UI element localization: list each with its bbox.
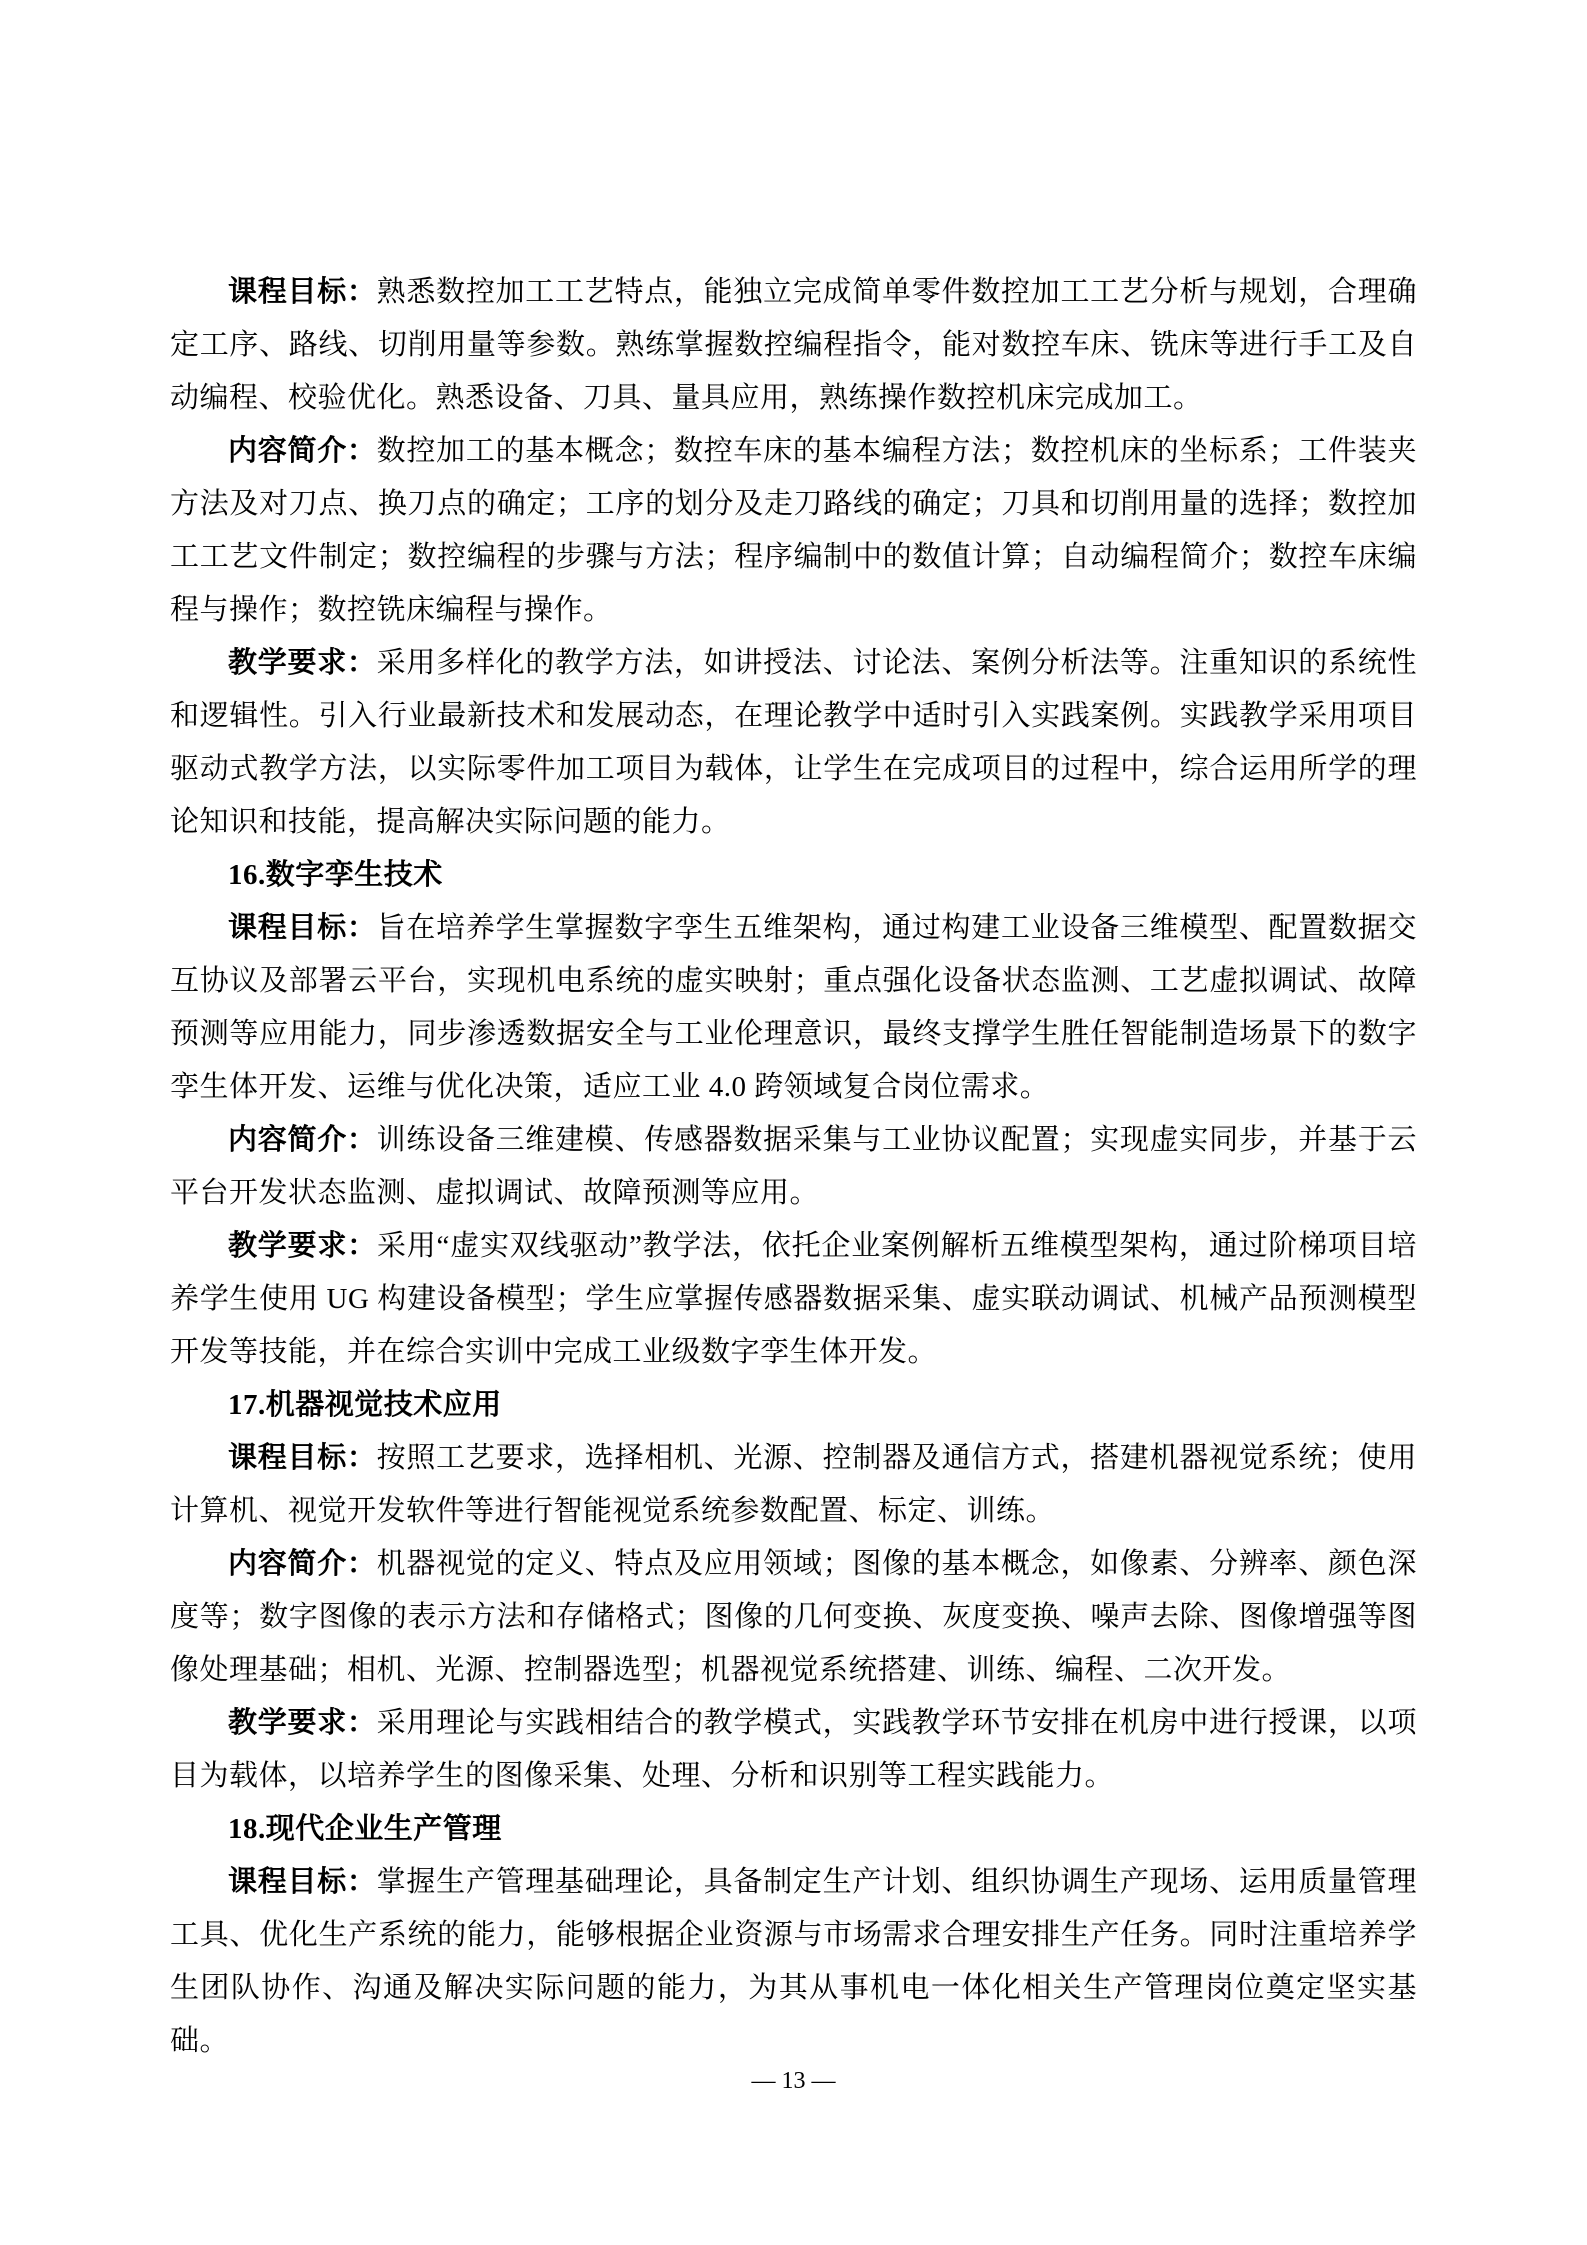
paragraph-teaching-requirement-16: 教学要求：采用“虚实双线驱动”教学法，依托企业案例解析五维模型架构，通过阶梯项目… [170,1220,1417,1379]
paragraph-course-objective-16: 课程目标：旨在培养学生掌握数字孪生五维架构，通过构建工业设备三维模型、配置数据交… [170,902,1417,1114]
paragraph-label: 教学要求： [228,647,377,679]
paragraph-teaching-requirement-prev: 教学要求：采用多样化的教学方法，如讲授法、讨论法、案例分析法等。注重知识的系统性… [170,637,1417,849]
heading-text: 17.机器视觉技术应用 [228,1389,502,1421]
document-body: 课程目标：熟悉数控加工工艺特点，能独立完成简单零件数控加工工艺分析与规划，合理确… [170,266,1417,2068]
section-heading-17-machine-vision: 17.机器视觉技术应用 [170,1379,1417,1432]
heading-text: 18.现代企业生产管理 [228,1813,502,1845]
section-heading-18-production-management: 18.现代企业生产管理 [170,1803,1417,1856]
paragraph-label: 教学要求： [228,1707,377,1739]
paragraph-course-objective-18: 课程目标：掌握生产管理基础理论，具备制定生产计划、组织协调生产现场、运用质量管理… [170,1856,1417,2068]
section-heading-16-digital-twin: 16.数字孪生技术 [170,849,1417,902]
document-page: 课程目标：熟悉数控加工工艺特点，能独立完成简单零件数控加工工艺分析与规划，合理确… [0,0,1587,2245]
paragraph-teaching-requirement-17: 教学要求：采用理论与实践相结合的教学模式，实践教学环节安排在机房中进行授课，以项… [170,1697,1417,1803]
paragraph-content-intro-16: 内容简介：训练设备三维建模、传感器数据采集与工业协议配置；实现虚实同步，并基于云… [170,1114,1417,1220]
page-number: — 13 — [752,2068,836,2094]
paragraph-label: 课程目标： [228,276,377,308]
paragraph-label: 内容简介： [228,435,377,467]
paragraph-course-objective-17: 课程目标：按照工艺要求，选择相机、光源、控制器及通信方式，搭建机器视觉系统；使用… [170,1432,1417,1538]
paragraph-label: 课程目标： [228,1442,377,1474]
paragraph-content-intro-17: 内容简介：机器视觉的定义、特点及应用领域；图像的基本概念，如像素、分辨率、颜色深… [170,1538,1417,1697]
paragraph-label: 课程目标： [228,1866,377,1898]
paragraph-label: 内容简介： [228,1548,377,1580]
page-footer: — 13 — [0,2066,1587,2096]
paragraph-course-objective-prev: 课程目标：熟悉数控加工工艺特点，能独立完成简单零件数控加工工艺分析与规划，合理确… [170,266,1417,425]
heading-text: 16.数字孪生技术 [228,859,443,891]
paragraph-label: 教学要求： [228,1230,377,1262]
paragraph-content-intro-prev: 内容简介：数控加工的基本概念；数控车床的基本编程方法；数控机床的坐标系；工件装夹… [170,425,1417,637]
paragraph-label: 内容简介： [228,1124,377,1156]
paragraph-label: 课程目标： [228,912,377,944]
